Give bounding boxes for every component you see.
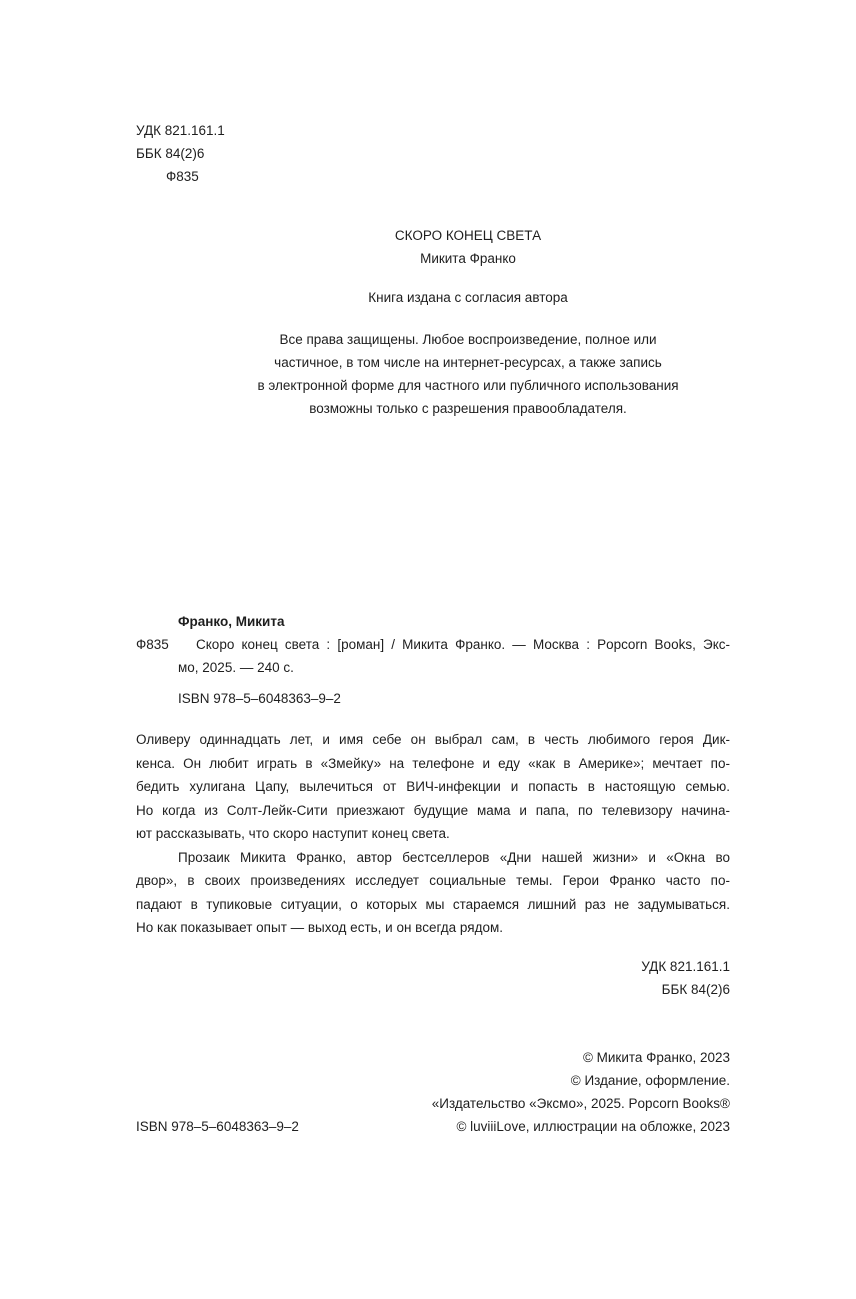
title-block: СКОРО КОНЕЦ СВЕТА Микита Франко Книга из… [200,224,736,309]
annotation-line: падают в тупиковые ситуации, о которых м… [136,893,730,917]
annotation-line: ют рассказывать, что скоро наступит коне… [136,822,730,846]
bibliography-author-heading: Франко, Микита [178,610,730,633]
rights-line: частичное, в том числе на интернет-ресур… [200,351,736,374]
bbk-code: ББК 84(2)6 [136,142,225,165]
rights-line: в электронной форме для частного или пуб… [200,374,736,397]
bottom-classification-codes: УДК 821.161.1 ББК 84(2)6 [641,955,730,1001]
udk-code: УДК 821.161.1 [136,119,225,142]
annotation-line: Прозаик Микита Франко, автор бестселлеро… [136,846,730,870]
author-mark: Ф835 [136,165,225,188]
annotation-paragraph-1: Оливеру одиннадцать лет, и имя себе он в… [136,728,730,846]
isbn: ISBN 978–5–6048363–9–2 [136,1115,299,1138]
copyright-line: © Микита Франко, 2023 [432,1046,730,1069]
bbk-code: ББК 84(2)6 [641,978,730,1001]
rights-notice: Все права защищены. Любое воспроизведени… [200,328,736,420]
book-title: СКОРО КОНЕЦ СВЕТА [200,224,736,247]
annotation: Оливеру одиннадцать лет, и имя себе он в… [136,728,730,940]
bibliography-description-line: Скоро конец света : [роман] / Микита Фра… [178,633,730,656]
book-author: Микита Франко [200,247,736,270]
copyright-line: © Издание, оформление. [432,1069,730,1092]
udk-code: УДК 821.161.1 [641,955,730,978]
bibliography-isbn: ISBN 978–5–6048363–9–2 [178,687,730,710]
annotation-line: Оливеру одиннадцать лет, и имя себе он в… [136,728,730,752]
annotation-line: кенса. Он любит играть в «Змейку» на тел… [136,752,730,776]
annotation-line: бедить хулигана Цапу, вылечиться от ВИЧ-… [136,775,730,799]
top-classification-codes: УДК 821.161.1 ББК 84(2)6 Ф835 [136,119,225,188]
rights-line: возможны только с разрешения правооблада… [200,397,736,420]
bibliographic-record: Франко, Микита Ф835 Скоро конец света : … [136,610,730,710]
annotation-line: Но когда из Солт-Лейк-Сити приезжают буд… [136,799,730,823]
consent-note: Книга издана с согласия автора [200,286,736,309]
copyright-notices: © Микита Франко, 2023 © Издание, оформле… [432,1046,730,1138]
annotation-line: двор», в своих произведениях исследует с… [136,869,730,893]
bibliography-description-line: мо, 2025. — 240 с. [178,656,730,679]
annotation-paragraph-2: Прозаик Микита Франко, автор бестселлеро… [136,846,730,940]
annotation-line: Но как показывает опыт — выход есть, и о… [136,916,730,940]
bibliography-code: Ф835 [136,633,178,656]
copyright-line: «Издательство «Эксмо», 2025. Popcorn Boo… [432,1092,730,1115]
rights-line: Все права защищены. Любое воспроизведени… [200,328,736,351]
copyright-line: © luviiiLove, иллюстрации на обложке, 20… [432,1115,730,1138]
